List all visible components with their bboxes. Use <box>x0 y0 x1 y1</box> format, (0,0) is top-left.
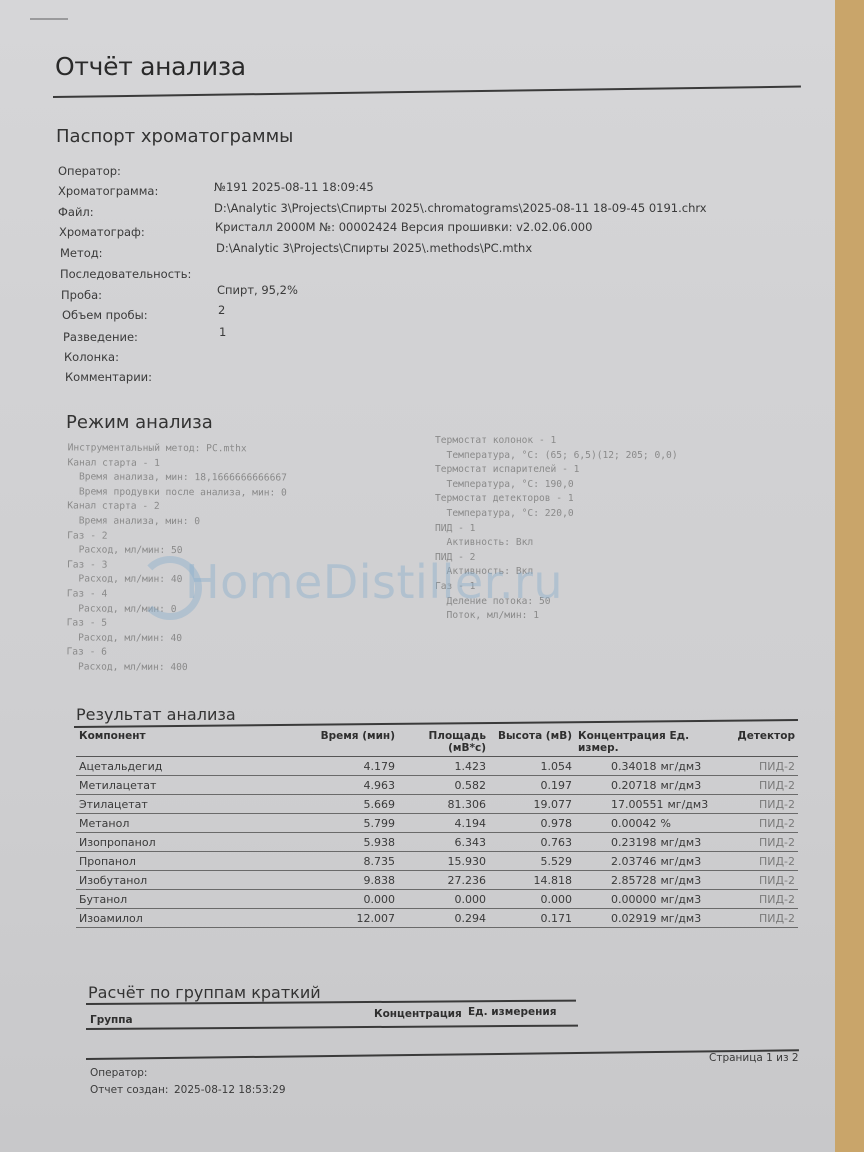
cell-height: 0.197 <box>489 776 575 795</box>
col-concentration: Концентрация Ед. измер. <box>575 728 721 757</box>
cell-detector: ПИД-2 <box>721 757 798 776</box>
passport-value: 1 <box>219 325 226 339</box>
mode-line: Расход, мл/мин: 40 <box>67 631 287 647</box>
cell-time: 5.799 <box>302 814 398 833</box>
mode-line: Термостат испарителей - 1 <box>435 463 678 478</box>
table-row: Изобутанол9.83827.23614.8182.85728мг/дм3… <box>76 871 798 890</box>
table-row: Изопропанол5.9386.3430.7630.23198мг/дм3П… <box>76 833 798 852</box>
mode-line: ПИД - 1 <box>435 522 678 537</box>
passport-value: №191 2025-08-11 18:09:45 <box>214 180 374 194</box>
report-page: Отчёт анализа Паспорт хроматограммы Опер… <box>0 0 835 1152</box>
cell-concentration: 2.03746мг/дм3 <box>575 852 721 871</box>
concentration-unit: мг/дм3 <box>668 798 709 811</box>
concentration-value: 2.85728 <box>611 874 657 887</box>
cell-detector: ПИД-2 <box>721 871 798 890</box>
concentration-unit: мг/дм3 <box>661 893 702 906</box>
mode-line: Время продувки после анализа, мин: 0 <box>67 485 287 501</box>
cell-concentration: 0.34018мг/дм3 <box>575 757 721 776</box>
cell-time: 5.669 <box>302 795 398 814</box>
mode-line: Активность: Вкл <box>435 536 678 551</box>
concentration-unit: мг/дм3 <box>661 760 702 773</box>
concentration-value: 0.02919 <box>611 912 657 925</box>
cell-area: 81.306 <box>398 795 489 814</box>
concentration-value: 0.00000 <box>611 893 657 906</box>
cell-height: 0.000 <box>489 890 575 909</box>
col-group-unit: Ед. измерения <box>468 1006 556 1018</box>
footer-operator-label: Оператор: <box>90 1067 147 1079</box>
col-concentration-label: Концентрация <box>578 730 666 742</box>
cell-time: 9.838 <box>302 871 398 890</box>
col-height: Высота (мВ) <box>489 728 575 757</box>
cell-concentration: 17.00551мг/дм3 <box>575 795 721 814</box>
concentration-value: 0.00042 <box>611 817 657 830</box>
concentration-value: 17.00551 <box>611 798 664 811</box>
report-title: Отчёт анализа <box>55 52 246 81</box>
mode-line: Температура, °С: 220,0 <box>435 507 678 522</box>
cell-component: Изобутанол <box>76 871 302 890</box>
cell-time: 0.000 <box>302 890 398 909</box>
mode-line: Расход, мл/мин: 400 <box>66 660 286 676</box>
mode-line: Термостат детекторов - 1 <box>435 492 678 507</box>
passport-value: Кристалл 2000М №: 00002424 Версия прошив… <box>215 220 592 234</box>
mode-line: Газ - 6 <box>66 646 286 662</box>
mode-heading: Режим анализа <box>66 412 213 433</box>
passport-label: Проба: <box>61 288 102 302</box>
cell-concentration: 0.02919мг/дм3 <box>575 909 721 928</box>
col-area: Площадь (мВ*с) <box>398 728 489 757</box>
cell-height: 1.054 <box>489 757 575 776</box>
cell-area: 0.000 <box>398 890 489 909</box>
concentration-value: 2.03746 <box>611 855 657 868</box>
passport-label: Хроматограф: <box>59 225 145 239</box>
col-detector: Детектор <box>721 728 798 757</box>
cell-time: 12.007 <box>302 909 398 928</box>
table-row: Пропанол8.73515.9305.5292.03746мг/дм3ПИД… <box>76 852 798 871</box>
passport-value: D:\Analytic 3\Projects\Спирты 2025\.meth… <box>216 241 532 255</box>
cell-component: Изоамилол <box>76 909 302 928</box>
groups-heading: Расчёт по группам краткий <box>88 983 321 1002</box>
mode-line: Время анализа, мин: 18,1666666666667 <box>67 471 287 487</box>
results-header-row: Компонент Время (мин) Площадь (мВ*с) Выс… <box>76 728 798 757</box>
cell-area: 0.582 <box>398 776 489 795</box>
table-row: Метилацетат4.9630.5820.1970.20718мг/дм3П… <box>76 776 798 795</box>
passport-label: Метод: <box>60 246 103 260</box>
cell-height: 0.978 <box>489 814 575 833</box>
mode-line: Инструментальный метод: PC.mthx <box>68 441 288 457</box>
concentration-unit: мг/дм3 <box>661 779 702 792</box>
footer-created-value: 2025-08-12 18:53:29 <box>174 1084 286 1096</box>
cell-detector: ПИД-2 <box>721 795 798 814</box>
cell-area: 15.930 <box>398 852 489 871</box>
table-row: Ацетальдегид4.1791.4231.0540.34018мг/дм3… <box>76 757 798 776</box>
concentration-value: 0.20718 <box>611 779 657 792</box>
table-row: Метанол5.7994.1940.9780.00042%ПИД-2 <box>76 814 798 833</box>
col-group: Группа <box>90 1014 133 1026</box>
concentration-unit: мг/дм3 <box>661 874 702 887</box>
cell-time: 4.963 <box>302 776 398 795</box>
cell-height: 19.077 <box>489 795 575 814</box>
groups-divider-bottom <box>86 1025 578 1030</box>
passport-label: Разведение: <box>63 330 138 344</box>
cell-concentration: 0.00000мг/дм3 <box>575 890 721 909</box>
cell-time: 8.735 <box>302 852 398 871</box>
cell-detector: ПИД-2 <box>721 909 798 928</box>
concentration-unit: % <box>661 817 671 830</box>
cell-component: Бутанол <box>76 890 302 909</box>
concentration-value: 0.34018 <box>611 760 657 773</box>
title-divider <box>53 86 801 98</box>
mode-line: Термостат колонок - 1 <box>435 434 678 449</box>
col-group-concentration: Концентрация <box>374 1008 462 1020</box>
passport-value: D:\Analytic 3\Projects\Спирты 2025\.chro… <box>214 201 707 215</box>
mode-line: Температура, °С: 190,0 <box>435 478 678 493</box>
cell-component: Изопропанол <box>76 833 302 852</box>
cell-concentration: 2.85728мг/дм3 <box>575 871 721 890</box>
concentration-unit: мг/дм3 <box>661 855 702 868</box>
passport-heading: Паспорт хроматограммы <box>56 126 293 147</box>
cell-area: 1.423 <box>398 757 489 776</box>
passport-value: 2 <box>218 303 225 317</box>
passport-label: Оператор: <box>58 164 121 178</box>
concentration-value: 0.23198 <box>611 836 657 849</box>
watermark: HomeDistiller.ru <box>185 555 563 609</box>
cell-area: 6.343 <box>398 833 489 852</box>
cell-detector: ПИД-2 <box>721 814 798 833</box>
cell-time: 4.179 <box>302 757 398 776</box>
cell-component: Ацетальдегид <box>76 757 302 776</box>
cell-height: 0.171 <box>489 909 575 928</box>
cell-concentration: 0.20718мг/дм3 <box>575 776 721 795</box>
cell-area: 0.294 <box>398 909 489 928</box>
mode-line: Поток, мл/мин: 1 <box>435 609 678 624</box>
passport-label: Файл: <box>58 205 94 219</box>
cell-component: Этилацетат <box>76 795 302 814</box>
passport-label: Объем пробы: <box>62 308 148 322</box>
passport-label: Последовательность: <box>60 267 191 281</box>
footer-divider <box>86 1049 799 1060</box>
results-table: Компонент Время (мин) Площадь (мВ*с) Выс… <box>76 728 798 928</box>
passport-label: Колонка: <box>64 350 119 364</box>
mode-line: Газ - 2 <box>67 529 287 545</box>
page-mark <box>30 18 68 20</box>
cell-detector: ПИД-2 <box>721 890 798 909</box>
mode-line: Температура, °С: (65; 6,5)(12; 205; 0,0) <box>435 449 678 464</box>
cell-time: 5.938 <box>302 833 398 852</box>
page-number: Страница 1 из 2 <box>709 1052 799 1064</box>
cell-detector: ПИД-2 <box>721 852 798 871</box>
passport-label: Комментарии: <box>65 370 152 384</box>
cell-area: 4.194 <box>398 814 489 833</box>
cell-area: 27.236 <box>398 871 489 890</box>
cell-component: Метилацетат <box>76 776 302 795</box>
col-time: Время (мин) <box>302 728 398 757</box>
mode-line: Канал старта - 1 <box>67 456 287 472</box>
cell-concentration: 0.23198мг/дм3 <box>575 833 721 852</box>
footer-created-label: Отчет создан: <box>90 1084 168 1096</box>
cell-detector: ПИД-2 <box>721 833 798 852</box>
passport-value: Спирт, 95,2% <box>217 283 298 297</box>
cell-detector: ПИД-2 <box>721 776 798 795</box>
table-row: Этилацетат5.66981.30619.07717.00551мг/дм… <box>76 795 798 814</box>
cell-height: 0.763 <box>489 833 575 852</box>
cell-component: Метанол <box>76 814 302 833</box>
passport-label: Хроматограмма: <box>58 184 158 198</box>
concentration-unit: мг/дм3 <box>661 912 702 925</box>
col-component: Компонент <box>76 728 302 757</box>
table-row: Изоамилол12.0070.2940.1710.02919мг/дм3ПИ… <box>76 909 798 928</box>
cell-component: Пропанол <box>76 852 302 871</box>
cell-concentration: 0.00042% <box>575 814 721 833</box>
mode-line: Канал старта - 2 <box>67 500 287 516</box>
mode-line: Время анализа, мин: 0 <box>67 514 287 530</box>
passport-fields: Оператор:Хроматограмма:№191 2025-08-11 1… <box>58 160 758 390</box>
cell-height: 14.818 <box>489 871 575 890</box>
table-row: Бутанол0.0000.0000.0000.00000мг/дм3ПИД-2 <box>76 890 798 909</box>
cell-height: 5.529 <box>489 852 575 871</box>
results-body: Ацетальдегид4.1791.4231.0540.34018мг/дм3… <box>76 757 798 928</box>
results-heading: Результат анализа <box>76 705 236 724</box>
concentration-unit: мг/дм3 <box>661 836 702 849</box>
